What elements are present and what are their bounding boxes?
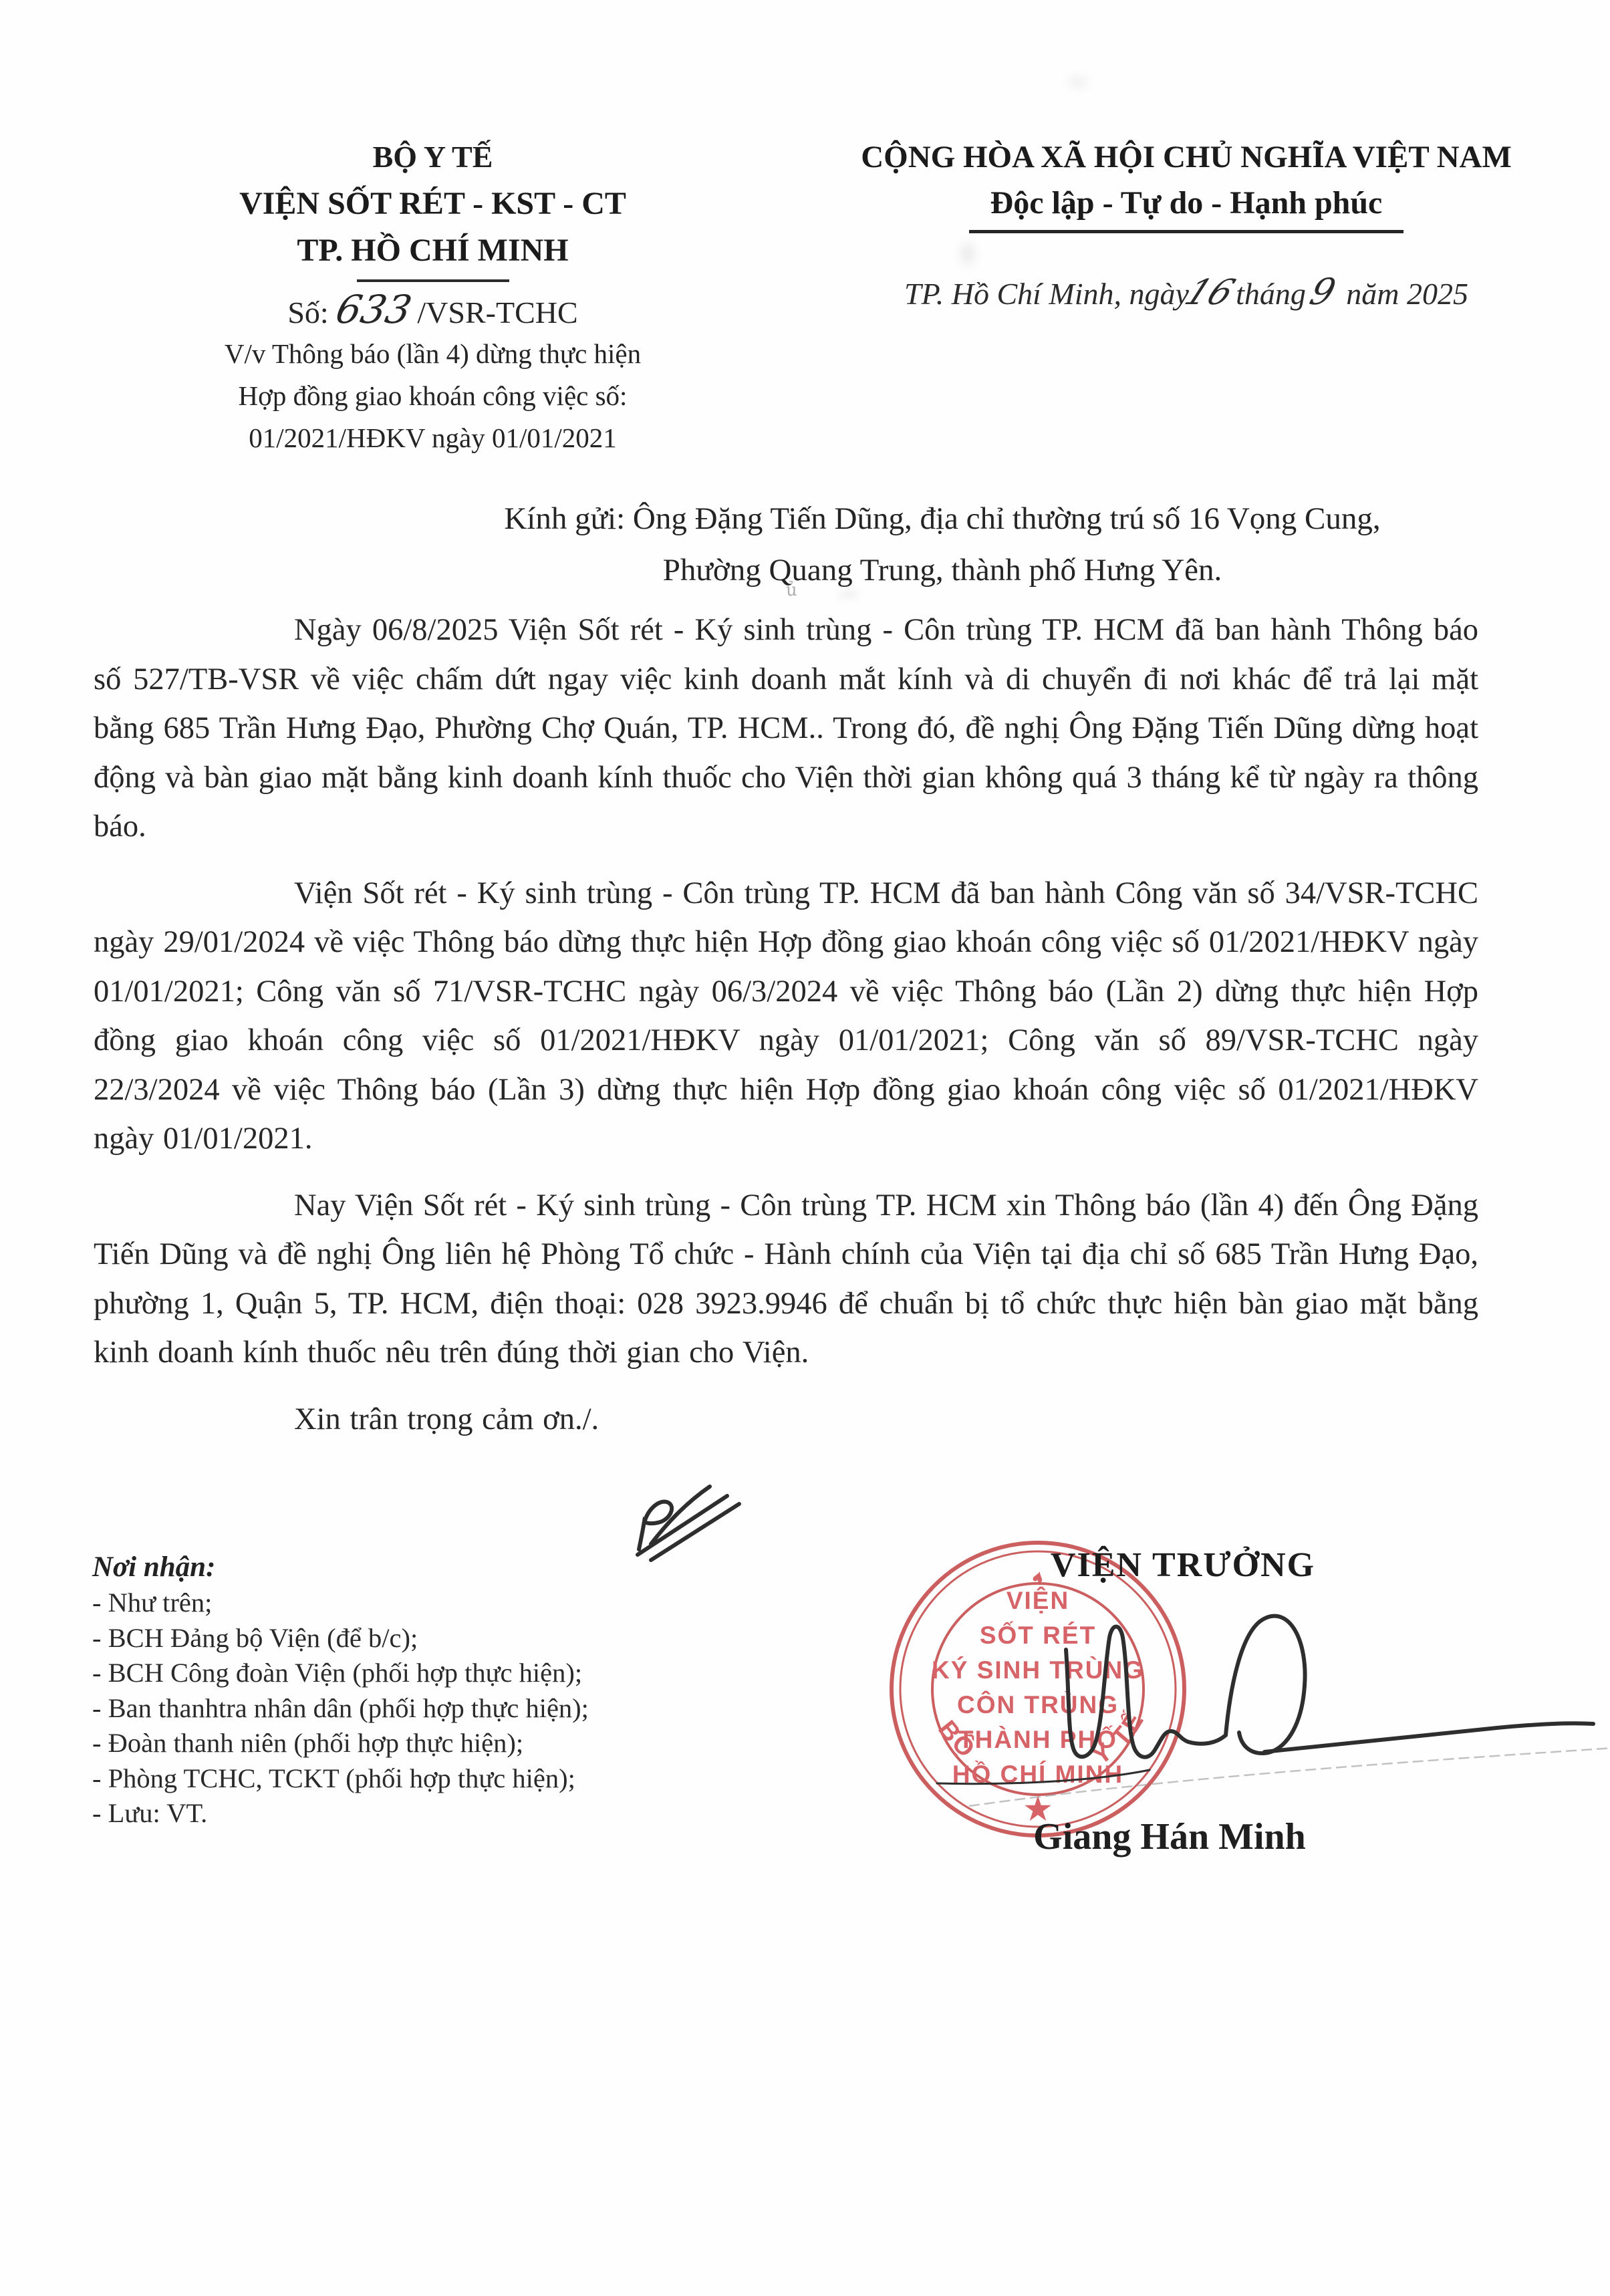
recipient-item-2: - BCH Đảng bộ Viện (để b/c); <box>92 1621 694 1656</box>
signer-title: VIỆN TRƯỞNG <box>969 1545 1397 1585</box>
place-date-line: TP. Hồ Chí Minh, ngày16tháng9năm 2025 <box>789 271 1584 313</box>
handwritten-initials-flourish <box>622 1469 769 1569</box>
national-header-block: CỘNG HÒA XÃ HỘI CHỦ NGHĨA VIỆT NAM Độc l… <box>789 134 1584 313</box>
recipient-line-1: Kính gửi: Ông Đặng Tiến Dũng, địa chỉ th… <box>388 493 1497 545</box>
scan-smudge <box>1056 67 1100 98</box>
recipient-block: Kính gửi: Ông Đặng Tiến Dũng, địa chỉ th… <box>388 493 1497 596</box>
date-month-handwritten: 9 <box>1305 271 1340 313</box>
paragraph-3: Nay Viện Sốt rét - Ký sinh trùng - Côn t… <box>94 1181 1478 1378</box>
date-mid: tháng <box>1236 277 1306 311</box>
recipient-item-5: - Đoàn thanh niên (phối hợp thực hiện); <box>92 1726 694 1761</box>
date-prefix: TP. Hồ Chí Minh, ngày <box>904 277 1189 311</box>
recipients-list-block: Nơi nhận: - Như trên; - BCH Đảng bộ Viện… <box>92 1549 694 1831</box>
document-number-handwritten: 633 <box>333 296 413 323</box>
recipient-item-4: - Ban thanhtra nhân dân (phối hợp thực h… <box>92 1691 694 1727</box>
document-number-suffix: /VSR-TCHC <box>417 295 577 330</box>
agency-underline <box>357 279 509 282</box>
document-number-line: Số:633/VSR-TCHC <box>150 293 715 333</box>
official-letter-page: BỘ Y TẾ VIỆN SỐT RÉT - KST - CT TP. HỒ C… <box>0 0 1610 2296</box>
document-number-label: Số: <box>287 295 328 330</box>
recipient-item-3: - BCH Công đoàn Viện (phối hợp thực hiện… <box>92 1656 694 1691</box>
paragraph-2: Viện Sốt rét - Ký sinh trùng - Côn trùng… <box>94 869 1478 1164</box>
issuing-agency-block: BỘ Y TẾ VIỆN SỐT RÉT - KST - CT TP. HỒ C… <box>150 134 715 459</box>
letter-body: Ngày 06/8/2025 Viện Sốt rét - Ký sinh tr… <box>94 606 1478 1461</box>
national-motto-line2: Độc lập - Tự do - Hạnh phúc <box>789 180 1584 226</box>
motto-underline <box>969 230 1403 233</box>
recipient-item-7: - Lưu: VT. <box>92 1796 694 1831</box>
scan-pencil-mark: ủ <box>786 580 797 600</box>
signature-faint-tail <box>969 1747 1610 1806</box>
national-motto-line1: CỘNG HÒA XÃ HỘI CHỦ NGHĨA VIỆT NAM <box>789 134 1584 180</box>
subject-line-1: V/v Thông báo (lần 4) dừng thực hiện <box>150 333 715 375</box>
recipient-line-2: Phường Quang Trung, thành phố Hưng Yên. <box>388 545 1497 596</box>
parent-agency: BỘ Y TẾ <box>150 134 715 180</box>
agency-name: VIỆN SỐT RÉT - KST - CT <box>150 180 715 227</box>
subject-line-3: 01/2021/HĐKV ngày 01/01/2021 <box>150 417 715 459</box>
director-signature <box>855 1591 1610 1818</box>
recipient-item-6: - Phòng TCHC, TCKT (phối hợp thực hiện); <box>92 1761 694 1797</box>
paragraph-1: Ngày 06/8/2025 Viện Sốt rét - Ký sinh tr… <box>94 606 1478 852</box>
recipients-label: Nơi nhận: <box>92 1549 694 1585</box>
signer-name: Giang Hán Minh <box>962 1815 1377 1858</box>
agency-city: TP. HỒ CHÍ MINH <box>150 227 715 274</box>
subject-line-2: Hợp đồng giao khoán công việc số: <box>150 375 715 417</box>
closing-line: Xin trân trọng cảm ơn./. <box>94 1395 1478 1444</box>
recipient-item-1: - Như trên; <box>92 1585 694 1621</box>
date-suffix: năm 2025 <box>1346 277 1468 311</box>
